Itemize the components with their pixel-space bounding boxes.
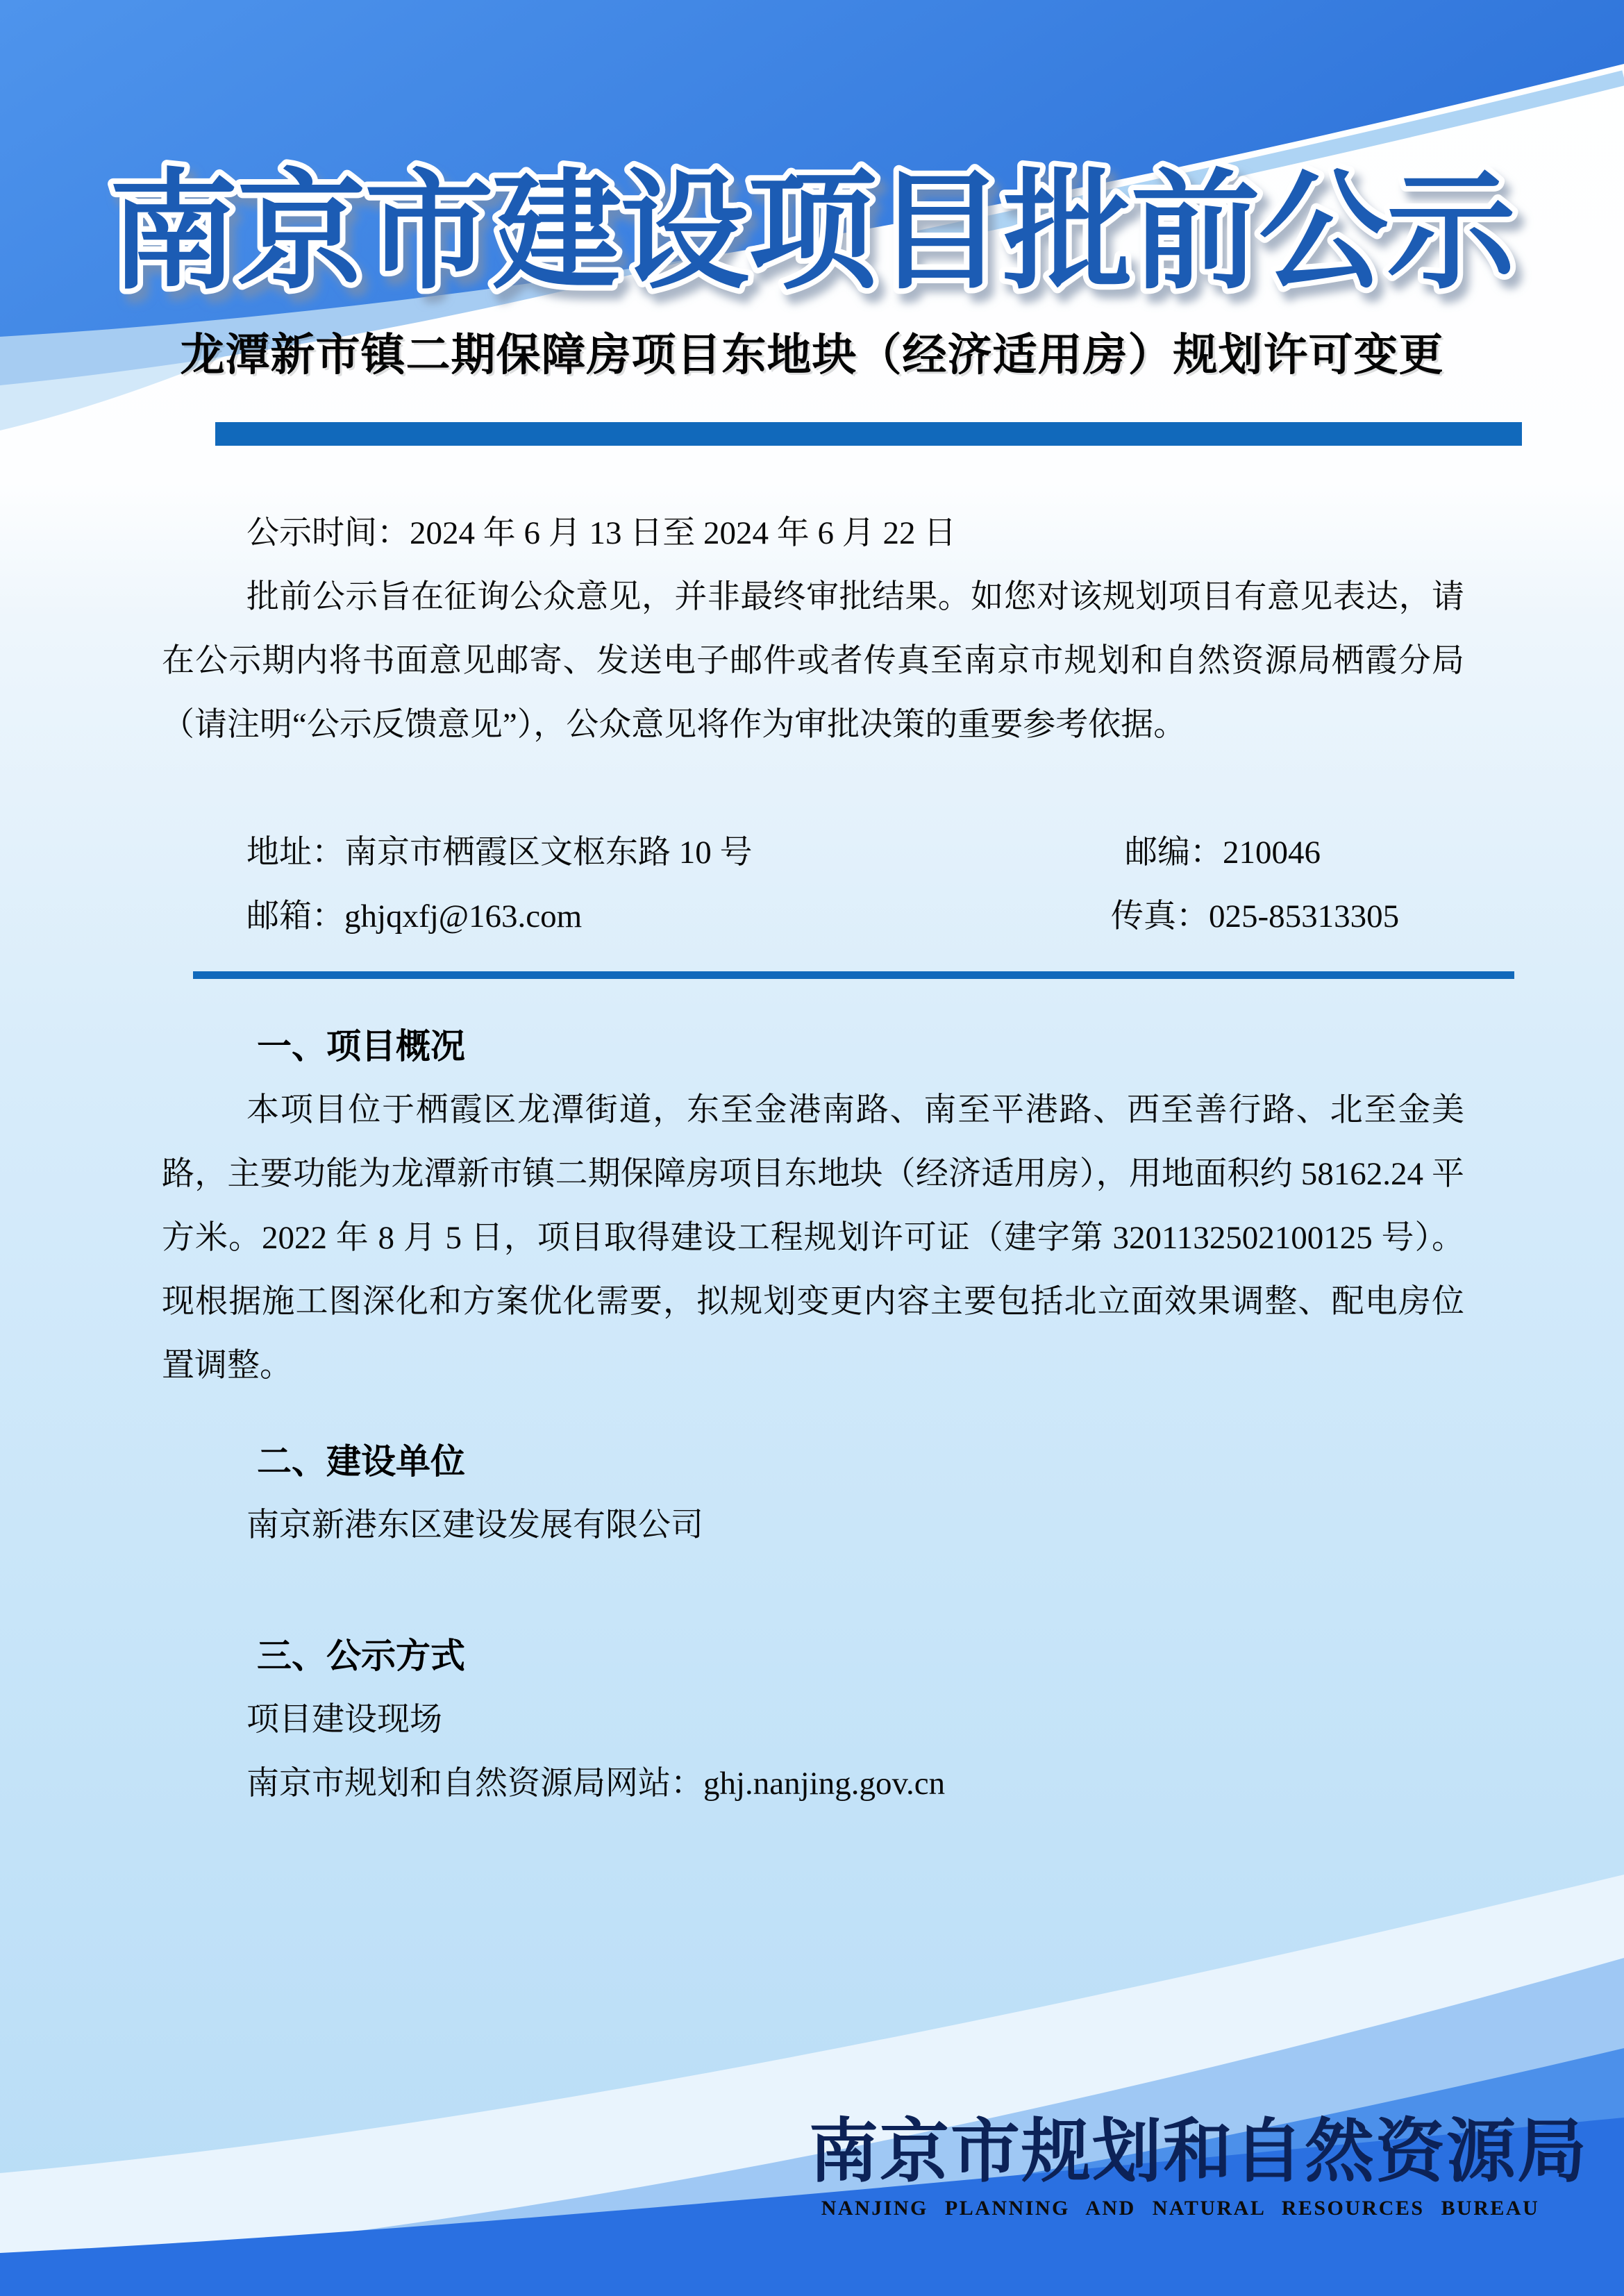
email-text: 邮箱：ghjqxfj@163.com xyxy=(246,885,582,948)
contact-row-address: 地址：南京市栖霞区文枢东路 10 号 邮编：210046 xyxy=(162,821,1464,885)
section-1-heading: 一、项目概况 xyxy=(162,1014,1464,1078)
project-subtitle: 龙潭新市镇二期保障房项目东地块（经济适用房）规划许可变更 xyxy=(0,314,1624,397)
section-2-heading: 二、建设单位 xyxy=(162,1430,1464,1493)
notice-intro-paragraph: 批前公示旨在征询公众意见，并非最终审批结果。如您对该规划项目有意见表达，请在公示… xyxy=(162,565,1464,821)
notice-page: 南京市建设项目批前公示 龙潭新市镇二期保障房项目东地块（经济适用房）规划许可变更… xyxy=(0,0,1624,2296)
bureau-name-cn: 南京市规划和自然资源局 xyxy=(809,2111,1552,2194)
publicity-period: 公示时间：2024 年 6 月 13 日至 2024 年 6 月 22 日 xyxy=(162,501,1464,565)
construction-unit-name: 南京新港东区建设发展有限公司 xyxy=(162,1493,1464,1557)
section-divider-line xyxy=(193,971,1514,979)
section-project-overview: 一、项目概况 本项目位于栖霞区龙潭街道，东至金港南路、南至平港路、西至善行路、北… xyxy=(162,1014,1464,1399)
notice-info-block: 公示时间：2024 年 6 月 13 日至 2024 年 6 月 22 日 批前… xyxy=(162,501,1464,948)
section-construction-unit: 二、建设单位 南京新港东区建设发展有限公司 xyxy=(162,1430,1464,1557)
page-title-banner: 南京市建设项目批前公示 xyxy=(0,90,1624,340)
section-3-heading: 三、公示方式 xyxy=(162,1624,1464,1688)
fax-text: 传真：025-85313305 xyxy=(1111,885,1399,948)
publicity-site-line: 项目建设现场 xyxy=(162,1688,1464,1752)
bureau-footer-logo: 南京市规划和自然资源局 NANJING PLANNING AND NATURAL… xyxy=(809,2111,1552,2220)
section-publicity-method: 三、公示方式 项目建设现场 南京市规划和自然资源局网站：ghj.nanjing.… xyxy=(162,1624,1464,1816)
bureau-name-en: NANJING PLANNING AND NATURAL RESOURCES B… xyxy=(809,2197,1552,2220)
contact-row-email: 邮箱：ghjqxfj@163.com 传真：025-85313305 xyxy=(162,885,1464,948)
publicity-website-line: 南京市规划和自然资源局网站：ghj.nanjing.gov.cn xyxy=(162,1752,1464,1816)
address-text: 地址：南京市栖霞区文枢东路 10 号 xyxy=(246,821,753,885)
page-title: 南京市建设项目批前公示 xyxy=(109,162,1517,305)
postcode-text: 邮编：210046 xyxy=(1125,821,1321,885)
subtitle-underline-bar xyxy=(215,422,1522,446)
section-1-body: 本项目位于栖霞区龙潭街道，东至金港南路、南至平港路、西至善行路、北至金美路，主要… xyxy=(162,1078,1464,1399)
